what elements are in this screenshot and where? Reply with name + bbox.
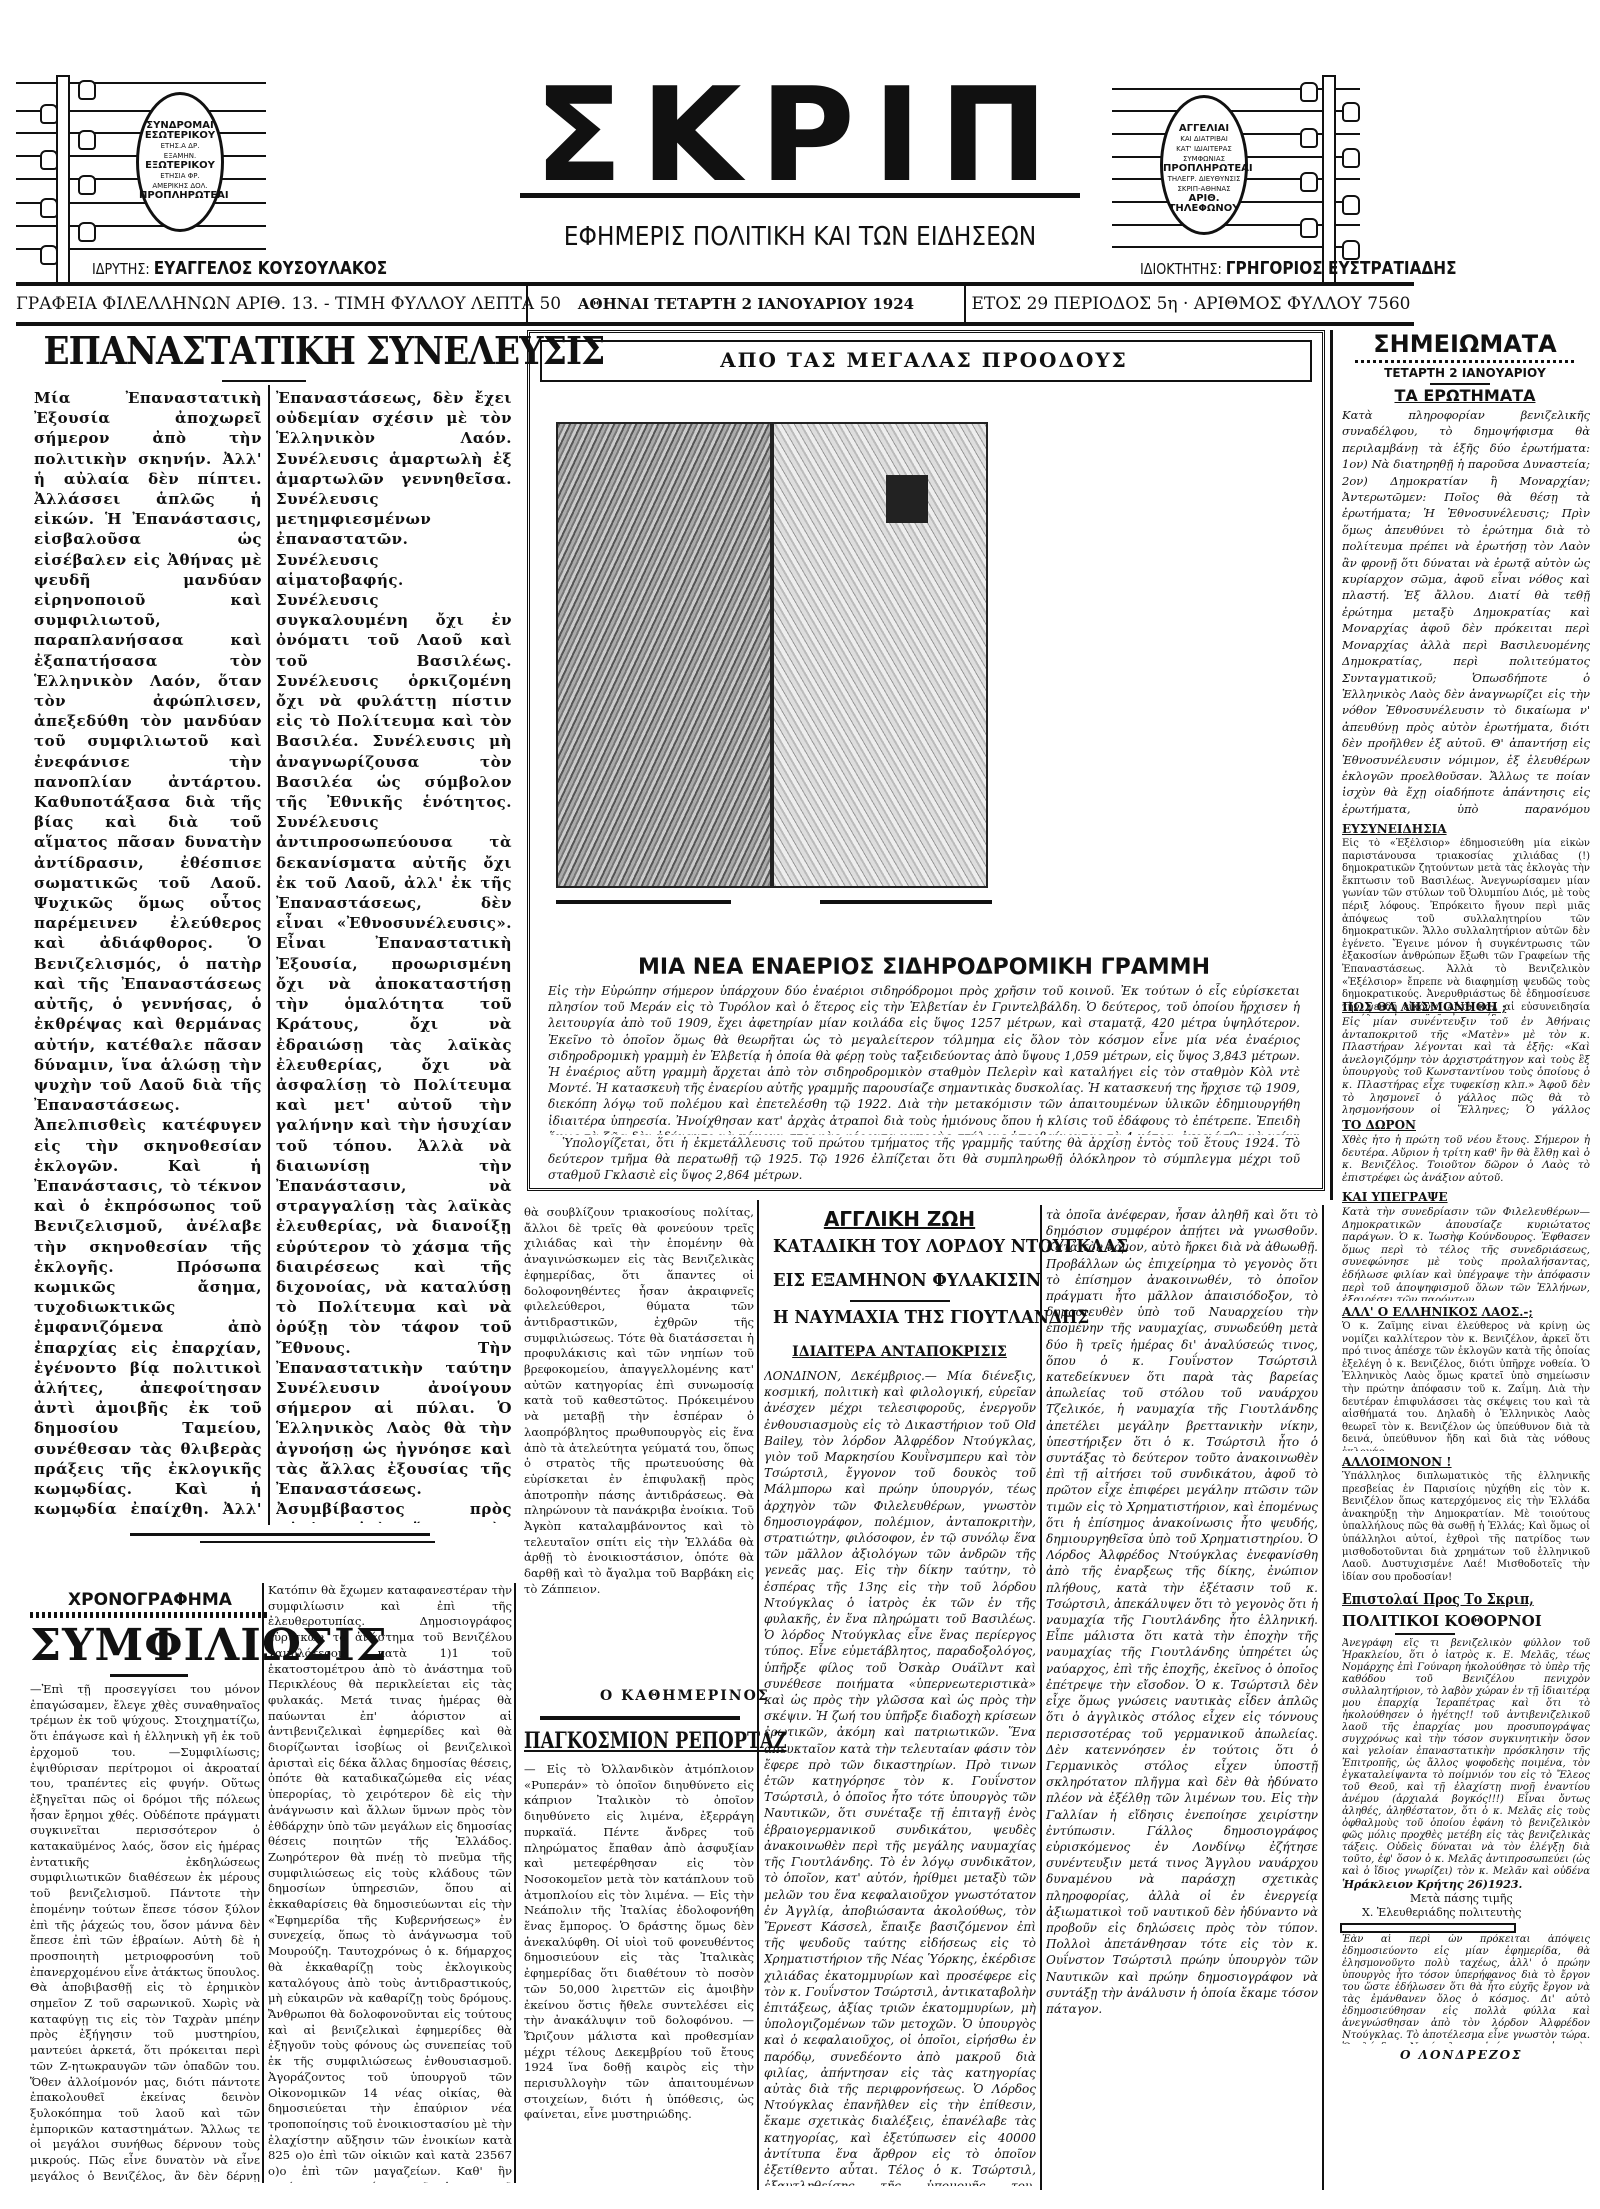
english-life-byline: ΙΔΙΑΙΤΕΡΑ ΑΝΤΑΠΟΚΡΙΣΙΣ	[762, 1344, 1037, 1360]
english-life-col1: ΛΟΝΔΙΝΟΝ, Δεκέμβριος.— Μία διένεξις, κοσ…	[764, 1368, 1036, 2186]
column-divider	[262, 1583, 264, 2183]
oval-footer: ΑΡΙΘ. ΤΗΛΕΦΩΝΟΥ	[1163, 194, 1245, 214]
article-end-rule	[130, 1533, 430, 1536]
insulator-icon	[1342, 195, 1360, 215]
insulator-icon	[1300, 128, 1318, 148]
letter-end-rule	[1340, 1923, 1516, 1933]
column-divider	[1322, 1205, 1324, 2190]
founder-line: ΙΔΡΥΤΗΣ: ΕΥΑΓΓΕΛΟΣ ΚΟΥΣΟΥΛΑΚΟΣ	[92, 258, 387, 279]
insulator-icon	[1300, 218, 1318, 238]
reportaz-body: — Εἰς τὸ Ὀλλανδικὸν ἀτμόπλοιον «Ρυπεράν»…	[524, 1762, 754, 2182]
divider	[526, 286, 528, 322]
section-body-doron: Χθὲς ἦτο ἡ πρώτη τοῦ νέου ἔτους. Σήμερον…	[1342, 1134, 1590, 1186]
insulator-icon	[1342, 148, 1360, 168]
letter-dateline: Ἡράκλειον Κρήτης 26)1923.	[1342, 1878, 1522, 1891]
cable-car-icon	[886, 475, 928, 523]
newspaper-title: ΣΚΡΙΠ	[500, 80, 1100, 190]
column-divider	[514, 1583, 516, 2183]
sidebar-date: ΤΕΤΑΡΤΗ 2 ΙΑΝΟΥΑΡΙΟΥ	[1340, 366, 1590, 380]
sidebar-tail: Ἐὰν αἱ περὶ ὧν πρόκειται ἀπόψεις ἐδημοσι…	[1342, 1934, 1590, 2044]
insulator-icon	[40, 150, 58, 170]
chronografima-col2: Κατόπιν θὰ ἔχωμεν καταφανεστέραν τὴν συμ…	[268, 1583, 512, 2183]
column-divider	[268, 385, 270, 1525]
section-title-ellinikos-laos: ΑΛΛ' Ο ΕΛΛΗΝΙΚΟΣ ΛΑΟΣ.-;	[1342, 1305, 1533, 1319]
letter-body: Ἀνεγράφη εἴς τι βενιζελικὸν φύλλον τοῦ Ἡ…	[1342, 1638, 1590, 1878]
letter-title: ΠΟΛΙΤΙΚΟΙ ΚΟΘΟΡΝΟΙ	[1342, 1612, 1542, 1630]
headline-rule	[110, 1674, 188, 1677]
oval-line: ΠΡΟΠΛΗΡΩΤΕΑΙ	[1163, 164, 1245, 174]
advertisements-oval: ΑΓΓΕΛΙΑΙ ΚΑΙ ΔΙΑΤΡΙΒΑΙ ΚΑΤ' ΙΔΙΑΙΤΕΡΑΣ Σ…	[1160, 95, 1248, 235]
english-life-headline-1: ΚΑΤΑΔΙΚΗ ΤΟΥ ΛΟΡΔΟΥ ΝΤΟΥΓΚΛΑΣ	[773, 1236, 1026, 1257]
section-rule	[540, 1716, 740, 1720]
insulator-icon	[40, 104, 58, 124]
issue-date: ΑΘΗΝΑΙ ΤΕΤΑΡΤΗ 2 ΙΑΝΟΥΑΡΙΟΥ 1924	[531, 286, 961, 322]
chronografima-signature: Ο ΚΑΘΗΜΕΡΙΝΟΣ	[600, 1688, 770, 1704]
chronografima-col3: θὰ σουβλίζουν τριακοσίους πολίτας, ἄλλοι…	[524, 1205, 754, 1683]
chronografima-kicker: ΧΡΟΝΟΓΡΑΦΗΜΑ	[30, 1590, 270, 1610]
feature-banner: ΑΠΟ ΤΑΣ ΜΕΓΑΛΑΣ ΠΡΟΟΔΟΥΣ	[540, 348, 1308, 372]
photo-cable-pylon	[556, 422, 772, 888]
section-title-ypegrapse: ΚΑΙ ΥΠΕΓΡΑΨΕ	[1342, 1190, 1448, 1204]
oval-line: ΤΗΛΕΓΡ. ΔΙΕΥΘΥΝΣΙΣ	[1163, 174, 1245, 184]
insulator-icon	[78, 175, 96, 195]
owner-name: ΓΡΗΓΟΡΙΟΣ ΕΥΣΤΡΑΤΙΑΔΗΣ	[1226, 258, 1457, 279]
photo-rule-right	[820, 900, 992, 904]
insulator-icon	[1300, 172, 1318, 192]
feature-body: Εἰς τὴν Εὐρώπην σήμερον ὑπάρχουν δύο ἐνα…	[548, 983, 1300, 1135]
column-divider	[1040, 1205, 1042, 2190]
english-life-headline-2: ΕΙΣ ΕΞΑΜΗΝΟΝ ΦΥΛΑΚΙΣΙΝ	[773, 1270, 1026, 1291]
headline-rule	[222, 380, 306, 382]
letter-signature: Χ. Ἐλευθεριάδης πολιτευτὴς	[1362, 1906, 1521, 1919]
telegraph-pole-icon	[56, 75, 70, 284]
oval-line: ΕΞΩΤΕΡΙΚΟΥ	[139, 161, 221, 171]
insulator-icon	[1342, 102, 1360, 122]
section-body-alloimonon: Ὑπάλληλος διπλωματικὸς τῆς ἑλληνικῆς πρε…	[1342, 1471, 1590, 1583]
feature-headline: ΜΙΑ ΝΕΑ ΕΝΑΕΡΙΟΣ ΣΙΔΗΡΟΔΡΟΜΙΚΗ ΓΡΑΜΜΗ	[540, 955, 1308, 980]
article-end-rule	[200, 1541, 435, 1543]
insulator-icon	[1342, 240, 1360, 260]
column-divider	[757, 1200, 759, 2190]
insulator-icon	[78, 222, 96, 242]
oval-line: ΕΤΗΣ.Α ΔΡ.	[139, 141, 221, 151]
section-body-eusyneidisia: Εἰς τὸ «Ἐξέλσιορ» ἐδημοσιεύθη μία εἰκὼν …	[1342, 838, 1590, 1016]
oval-footer: ΠΡΟΠΛΗΡΩΤΕΑΙ	[139, 191, 221, 201]
wavy-rule	[1355, 360, 1575, 363]
headline-rule	[850, 1300, 950, 1302]
insulator-icon	[78, 130, 96, 150]
letters-kicker: Επιστολαί Προς Το Σκριπ,	[1342, 1590, 1534, 1608]
section-body-ellinikos-laos: Ὁ κ. Ζαΐμης εἶναι ἐλεύθερος νὰ κρίνῃ ὡς …	[1342, 1321, 1590, 1451]
letter-closing: Μετὰ πάσης τιμῆς	[1410, 1892, 1513, 1905]
section-body-erotimata: Κατὰ πληροφορίαν βενιζελικῆς συναδέλφου,…	[1342, 407, 1590, 817]
english-life-kicker: ΑΓΓΛΙΚΗ ΖΩΗ	[762, 1207, 1037, 1231]
wavy-rule	[30, 1612, 270, 1618]
chronografima-headline: ΣΥΜΦΙΛΙΩΣΙΣ	[30, 1620, 270, 1671]
lead-headline: ΕΠΑΝΑΣΤΑΤΙΚΗ ΣΥΝΕΛΕΥΣΙΣ	[44, 328, 467, 373]
oval-line: ΚΑΤ' ΙΔΙΑΙΤΕΡΑΣ	[1163, 144, 1245, 154]
title-underline	[520, 193, 1080, 198]
divider	[964, 286, 966, 322]
owner-line: ΙΔΙΟΚΤΗΤΗΣ: ΓΡΗΓΟΡΙΟΣ ΕΥΣΤΡΑΤΙΑΔΗΣ	[1140, 258, 1457, 279]
sidebar-title: ΣΗΜΕΙΩΜΑΤΑ	[1340, 330, 1590, 358]
insulator-icon	[40, 198, 58, 218]
lead-article-col2: Ἐπαναστάσεως, δὲν ἔχει οὐδεμίαν σχέσιν μ…	[276, 388, 512, 1523]
chronografima-col1: —Ἐπὶ τῇ προσεγγίσει του μόνον ἐπαγώσαμεν…	[30, 1682, 260, 2182]
oval-title: ΑΓΓΕΛΙΑΙ	[1163, 124, 1245, 134]
issue-number: ΕΤΟΣ 29 ΠΕΡΙΟΔΟΣ 5η · ΑΡΙΘΜΟΣ ΦΥΛΛΟΥ 756…	[971, 286, 1411, 322]
oval-line: ΕΣΩΤΕΡΙΚΟΥ	[139, 131, 221, 141]
english-life-col2: τὰ ὁποῖα ἀνέφεραν, ἦσαν ἀληθῆ καὶ ὅτι τὸ…	[1046, 1207, 1318, 2187]
office-and-price: ΓΡΑΦΕΙΑ ΦΙΛΕΛΛΗΝΩΝ ΑΡΙΘ. 13. - ΤΙΜΗ ΦΥΛΛ…	[16, 286, 521, 322]
photo-rule-left	[556, 900, 731, 904]
feature-body-2: Ὑπολογίζεται, ὅτι ἡ ἐκμετάλλευσις τοῦ πρ…	[548, 1135, 1300, 1183]
lead-article-col1: Μία Ἐπαναστατικὴ Ἐξουσία ἀποχωρεῖ σήμερο…	[34, 388, 262, 1518]
founder-name: ΕΥΑΓΓΕΛΟΣ ΚΟΥΣΟΥΛΑΚΟΣ	[154, 258, 387, 279]
owner-label: ΙΔΙΟΚΤΗΤΗΣ:	[1140, 260, 1222, 278]
subscriptions-oval: ΣΥΝΔΡΟΜΑΙ ΕΣΩΤΕΡΙΚΟΥ ΕΤΗΣ.Α ΔΡ. ΕΞΑΜΗΝ. …	[136, 92, 224, 232]
newspaper-subtitle: ΕΦΗΜΕΡΙΣ ΠΟΛΙΤΙΚΗ ΚΑΙ ΤΩΝ ΕΙΔΗΣΕΩΝ	[512, 222, 1088, 252]
sidebar-border	[1330, 330, 1333, 1200]
section-title-eusyneidisia: ΕΥΣΥΝΕΙΔΗΣΙΑ	[1342, 822, 1447, 836]
photo-cable-car	[772, 422, 988, 888]
info-bar: ΓΡΑΦΕΙΑ ΦΙΛΕΛΛΗΝΩΝ ΑΡΙΘ. 13. - ΤΙΜΗ ΦΥΛΛ…	[16, 282, 1414, 326]
londresos-signature: Ο ΛΟΝΔΡΕΖΟΣ	[1400, 2048, 1523, 2062]
section-body-lismonithi: Εἰς μίαν συνέντευξιν τοῦ ἐν Ἀθήναις ἀντα…	[1342, 1016, 1590, 1116]
insulator-icon	[1300, 82, 1318, 102]
section-title-erotimata: ΤΑ ΕΡΩΤΗΜΑΤΑ	[1340, 386, 1590, 405]
founder-label: ΙΔΡΥΤΗΣ:	[92, 260, 150, 278]
section-title-alloimonon: ΑΛΛΟΙΜΟΝΟΝ !	[1342, 1455, 1452, 1469]
insulator-icon	[78, 80, 96, 100]
telegraph-pole-icon	[1322, 75, 1336, 284]
date-rule	[1430, 383, 1490, 385]
reportaz-headline: ΠΑΓΚΟΣΜΙΟΝ ΡΕΠΟΡΤΑΖ	[524, 1728, 644, 1754]
section-title-doron: ΤΟ ΔΩΡΟΝ	[1342, 1118, 1416, 1132]
oval-line: ΕΤΗΣΙΑ ΦΡ.	[139, 171, 221, 181]
insulator-icon	[40, 245, 58, 265]
section-body-ypegrapse: Κατὰ τὴν συνεδρίασιν τῶν Φιλελευθέρων—Δη…	[1342, 1206, 1590, 1301]
english-life-headline-3: Η ΝΑΥΜΑΧΙΑ ΤΗΣ ΓΙΟΥΤΛΑΝΔΗΣ	[773, 1307, 1026, 1328]
oval-line: ΚΑΙ ΔΙΑΤΡΙΒΑΙ	[1163, 134, 1245, 144]
section-title-lismonithi: ΠΩΣ ΘΑ ΛΗΣΜΟΝΗΘΗ ;	[1342, 1000, 1506, 1014]
title-rule	[1395, 1633, 1455, 1635]
